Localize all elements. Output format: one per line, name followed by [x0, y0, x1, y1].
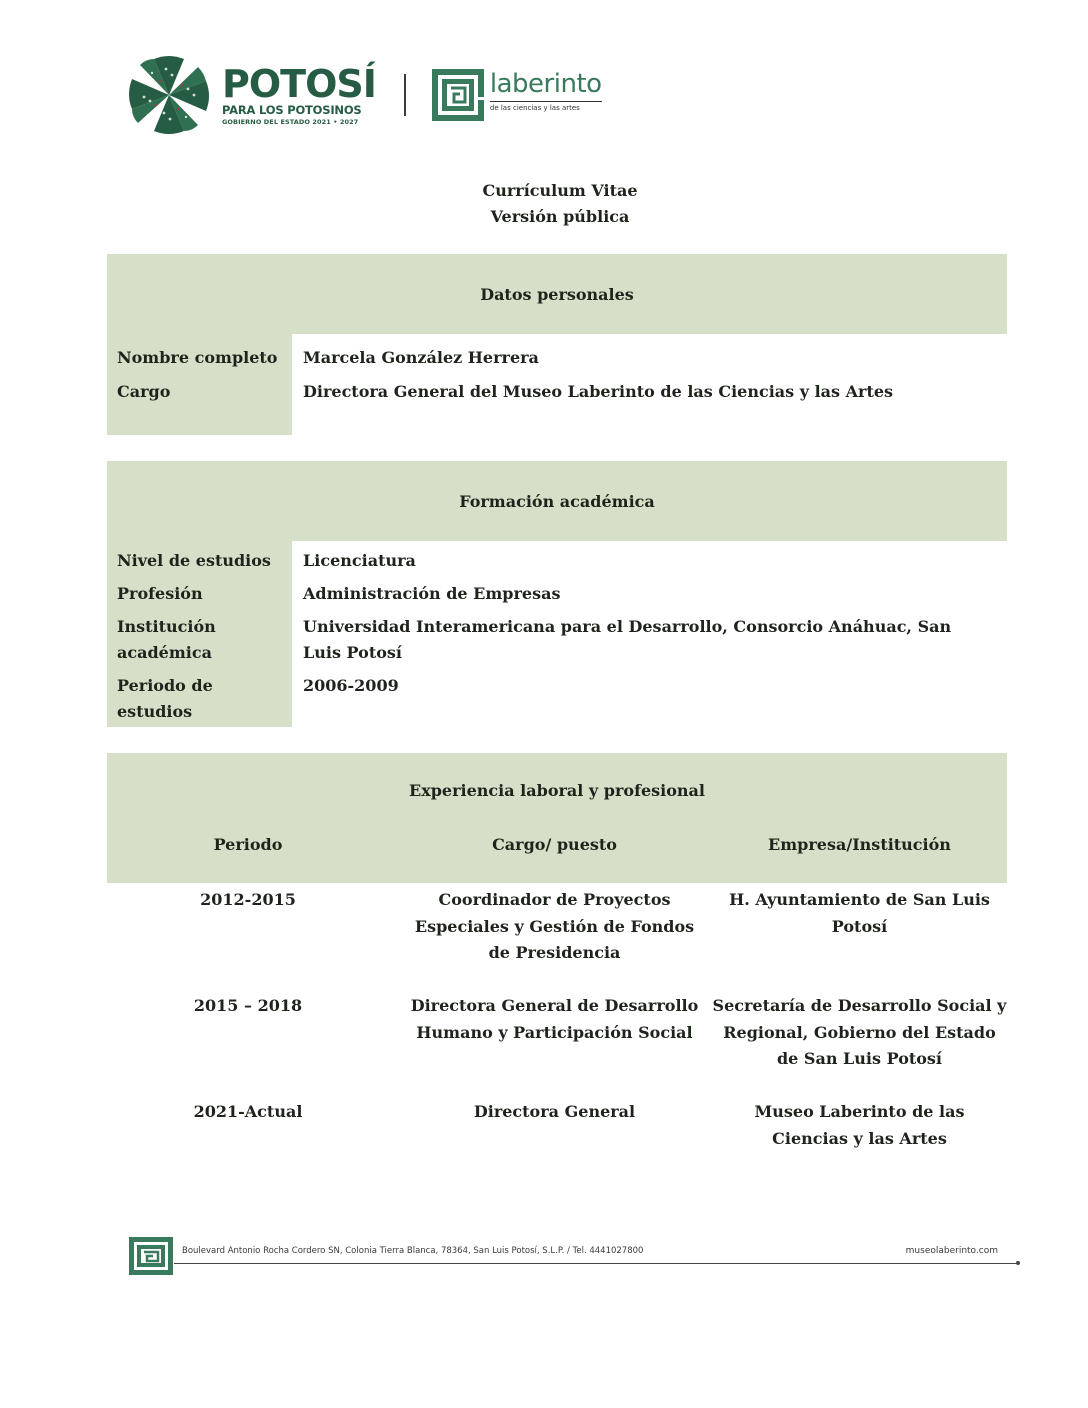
footer-divider-end [1016, 1261, 1020, 1265]
potosi-emblem-icon [124, 51, 214, 139]
field-label: Periodo de estudios [107, 673, 292, 727]
government-logo-title: POTOSÍ [222, 65, 376, 103]
institution-cell: H. Ayuntamiento de San Luis Potosí [712, 887, 1007, 993]
experience-table-body: 2012-2015 Coordinador de Proyectos Espec… [107, 887, 1007, 1152]
column-header-position: Cargo/ puesto [397, 835, 712, 854]
laberinto-maze-icon [430, 67, 486, 123]
column-header-period: Periodo [99, 835, 397, 854]
section-heading: Experiencia laboral y profesional [107, 781, 1007, 800]
personal-data-table: Nombre completo Marcela González Herrera… [107, 334, 1007, 435]
government-logo: POTOSÍ PARA LOS POTOSINOS GOBIERNO DEL E… [222, 65, 376, 126]
section-heading: Formación académica [107, 461, 1007, 541]
table-row: 2012-2015 Coordinador de Proyectos Espec… [107, 887, 1007, 993]
field-value: Directora General del Museo Laberinto de… [292, 371, 1007, 405]
footer-website-link[interactable]: museolaberinto.com [906, 1246, 998, 1256]
experience-section: Experiencia laboral y profesional Period… [107, 753, 1007, 1152]
period-cell: 2015 – 2018 [99, 993, 397, 1099]
government-logo-subtitle: PARA LOS POTOSINOS [222, 105, 376, 117]
position-cell: Directora General de Desarrollo Humano y… [397, 993, 712, 1099]
field-label: Cargo [107, 371, 292, 405]
field-label: Profesión [107, 581, 292, 614]
page-footer: Boulevard Antonio Rocha Cordero SN, Colo… [128, 1236, 1018, 1276]
field-label: Nivel de estudios [107, 548, 292, 581]
field-value: Marcela González Herrera [292, 341, 1007, 371]
field-value: 2006-2009 [292, 673, 1007, 727]
column-header-institution: Empresa/Institución [712, 835, 1007, 854]
footer-address: Boulevard Antonio Rocha Cordero SN, Colo… [182, 1246, 643, 1256]
period-cell: 2012-2015 [99, 887, 397, 993]
table-row: 2015 – 2018 Directora General de Desarro… [107, 993, 1007, 1099]
document-title: Currículum Vitae [0, 178, 1088, 204]
field-label: Institución académica [107, 614, 292, 673]
field-value: Licenciatura [292, 548, 1007, 581]
footer-divider [174, 1263, 1018, 1264]
document-subtitle: Versión pública [0, 204, 1088, 230]
logo-divider [404, 74, 406, 116]
position-cell: Directora General [397, 1099, 712, 1152]
table-row: 2021-Actual Directora General Museo Labe… [107, 1099, 1007, 1152]
government-logo-term: GOBIERNO DEL ESTADO 2021 • 2027 [222, 119, 376, 126]
field-value: Administración de Empresas [292, 581, 1007, 614]
experience-table-header: Experiencia laboral y profesional Period… [107, 753, 1007, 883]
personal-data-section: Datos personales Nombre completo Marcela… [107, 254, 1007, 435]
field-value: Universidad Interamericana para el Desar… [292, 614, 1007, 673]
education-table: Nivel de estudios Licenciatura Profesión… [107, 541, 1007, 727]
institution-cell: Secretaría de Desarrollo Social y Region… [712, 993, 1007, 1099]
document-title-block: Currículum Vitae Versión pública [0, 178, 1088, 230]
education-section: Formación académica Nivel de estudios Li… [107, 461, 1007, 727]
laberinto-maze-icon [128, 1236, 174, 1276]
position-cell: Coordinador de Proyectos Especiales y Ge… [397, 887, 712, 993]
institution-cell: Museo Laberinto de las Ciencias y las Ar… [712, 1099, 1007, 1152]
page-header: POTOSÍ PARA LOS POTOSINOS GOBIERNO DEL E… [124, 50, 602, 140]
period-cell: 2021-Actual [99, 1099, 397, 1152]
field-label: Nombre completo [107, 341, 292, 371]
section-heading: Datos personales [107, 254, 1007, 334]
museum-logo-tagline: de las ciencias y las artes [490, 101, 602, 112]
museum-logo: laberinto de las ciencias y las artes [430, 67, 602, 123]
museum-logo-name: laberinto [490, 71, 602, 97]
